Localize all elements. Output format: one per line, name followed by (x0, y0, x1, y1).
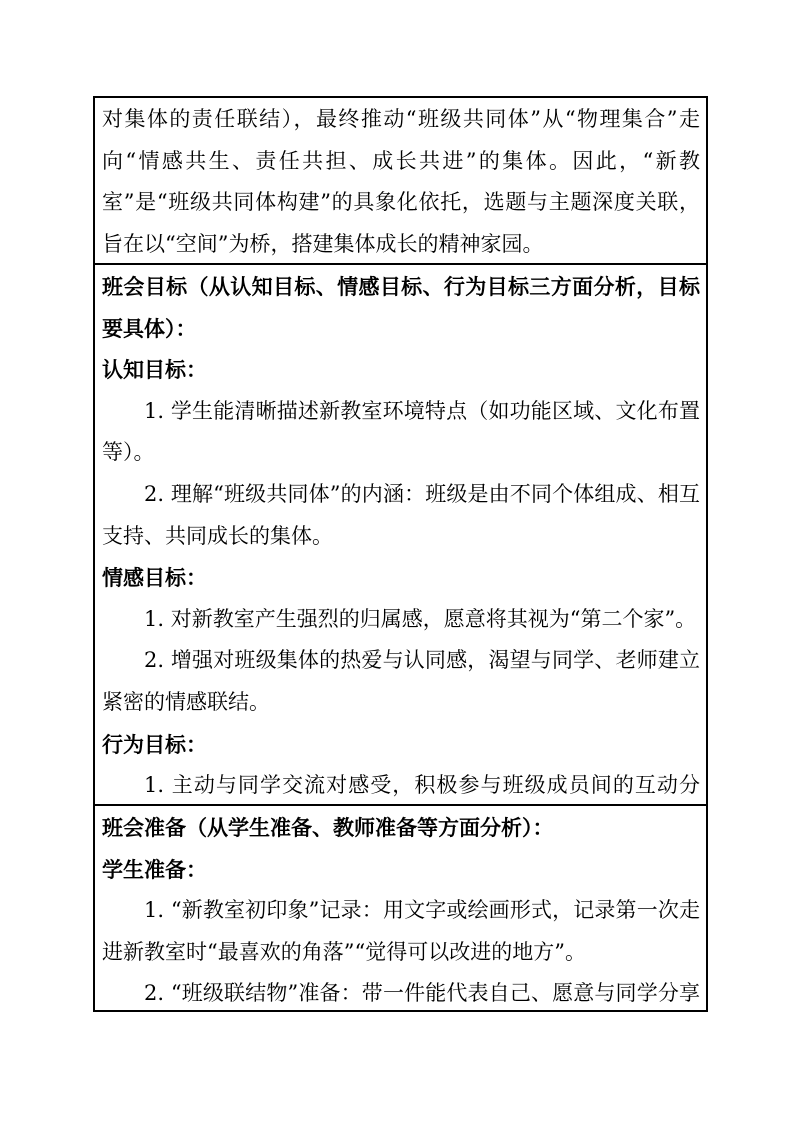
table-row-meeting-preparation: 班会准备（从学生准备、教师准备等方面分析）： 学生准备： 1. “新教室初印象”… (95, 804, 706, 1010)
goals-section-heading: 班会目标（从认知目标、情感目标、行为目标三方面分析，目标要具体）： (102, 266, 700, 349)
table-row-meeting-goals: 班会目标（从认知目标、情感目标、行为目标三方面分析，目标要具体）： 认知目标： … (95, 263, 706, 804)
student-preparation-label: 学生准备： (102, 849, 700, 891)
cognitive-goal-item-1: 1. 学生能清晰描述新教室环境特点（如功能区域、文化布置等）。 (102, 391, 700, 474)
cognitive-goals-label: 认知目标： (102, 349, 700, 391)
table-row-theme-rationale: 对集体的责任联结），最终推动“班级共同体”从“物理集合”走向“情感共生、责任共担… (95, 98, 706, 263)
affective-goal-item-1: 1. 对新教室产生强烈的归属感，愿意将其视为“第二个家”。 (102, 599, 700, 641)
cognitive-goal-item-2: 2. 理解“班级共同体”的内涵：班级是由不同个体组成、相互支持、共同成长的集体。 (102, 474, 700, 557)
affective-goal-item-2: 2. 增强对班级集体的热爱与认同感，渴望与同学、老师建立紧密的情感联结。 (102, 640, 700, 723)
student-preparation-item-1: 1. “新教室初印象”记录：用文字或绘画形式，记录第一次走进新教室时“最喜欢的角… (102, 890, 700, 973)
behavioral-goal-item-1: 1. 主动与同学交流对感受，积极参与班级成员间的互动分享。 (102, 765, 700, 804)
theme-rationale-text: 对集体的责任联结），最终推动“班级共同体”从“物理集合”走向“情感共生、责任共担… (102, 99, 700, 263)
lesson-plan-table: 对集体的责任联结），最终推动“班级共同体”从“物理集合”走向“情感共生、责任共担… (93, 96, 708, 1012)
document-page: 对集体的责任联结），最终推动“班级共同体”从“物理集合”走向“情感共生、责任共担… (0, 0, 793, 1122)
affective-goals-label: 情感目标： (102, 557, 700, 599)
student-preparation-item-2: 2. “班级联结物”准备：带一件能代表自己、愿意与同学分享的小物 (102, 973, 700, 1010)
behavioral-goals-label: 行为目标： (102, 724, 700, 766)
preparation-section-heading: 班会准备（从学生准备、教师准备等方面分析）： (102, 807, 700, 849)
